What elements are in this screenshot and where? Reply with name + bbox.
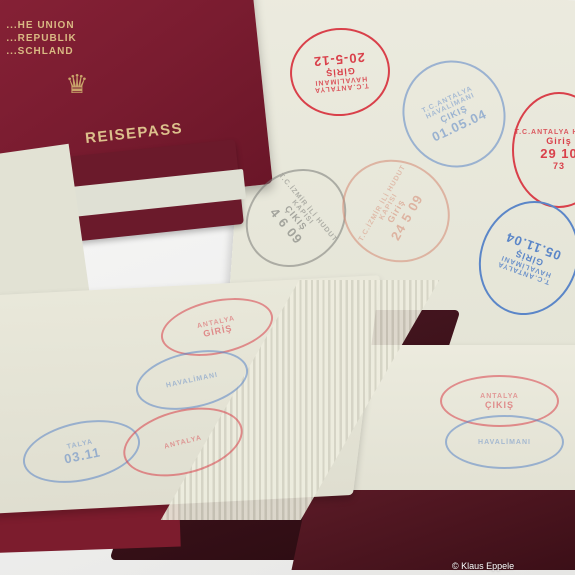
stamp-ring: T.C.ANTALYA HAVALİMANI [293,73,390,95]
cover-line: ...SCHLAND [6,45,76,58]
passport-cover-bottom [291,490,575,570]
cover-line: ...REPUBLIK [6,32,76,45]
stamp-type: Giriş [546,136,572,146]
stamp-ring: ANTALYA [163,434,202,450]
photo-credit: © Klaus Eppele [452,561,514,571]
stamp-ring: HAVALİMANI [165,371,218,389]
stamp-ring: HAVALİMANI [478,439,531,446]
stamp-ring: ANTALYA [480,393,519,400]
stamp-number: 73 [553,161,565,171]
stamp: HAVALİMANI [445,415,564,469]
stamp-date: 20-5-12 [312,50,365,69]
cover-header: ...HE UNION ...REPUBLIK ...SCHLAND [6,19,76,58]
stamp-type: ÇIKIŞ [485,400,514,410]
photo-scene: ...HE UNION ...REPUBLIK ...SCHLAND ♛ REI… [0,0,575,575]
stamp-date: 29 10 [540,146,575,161]
eagle-emblem-icon: ♛ [48,68,106,100]
stamp-ring: T.C.ANTALYA HAVALİ [515,129,575,136]
cover-line: ...HE UNION [6,19,76,32]
